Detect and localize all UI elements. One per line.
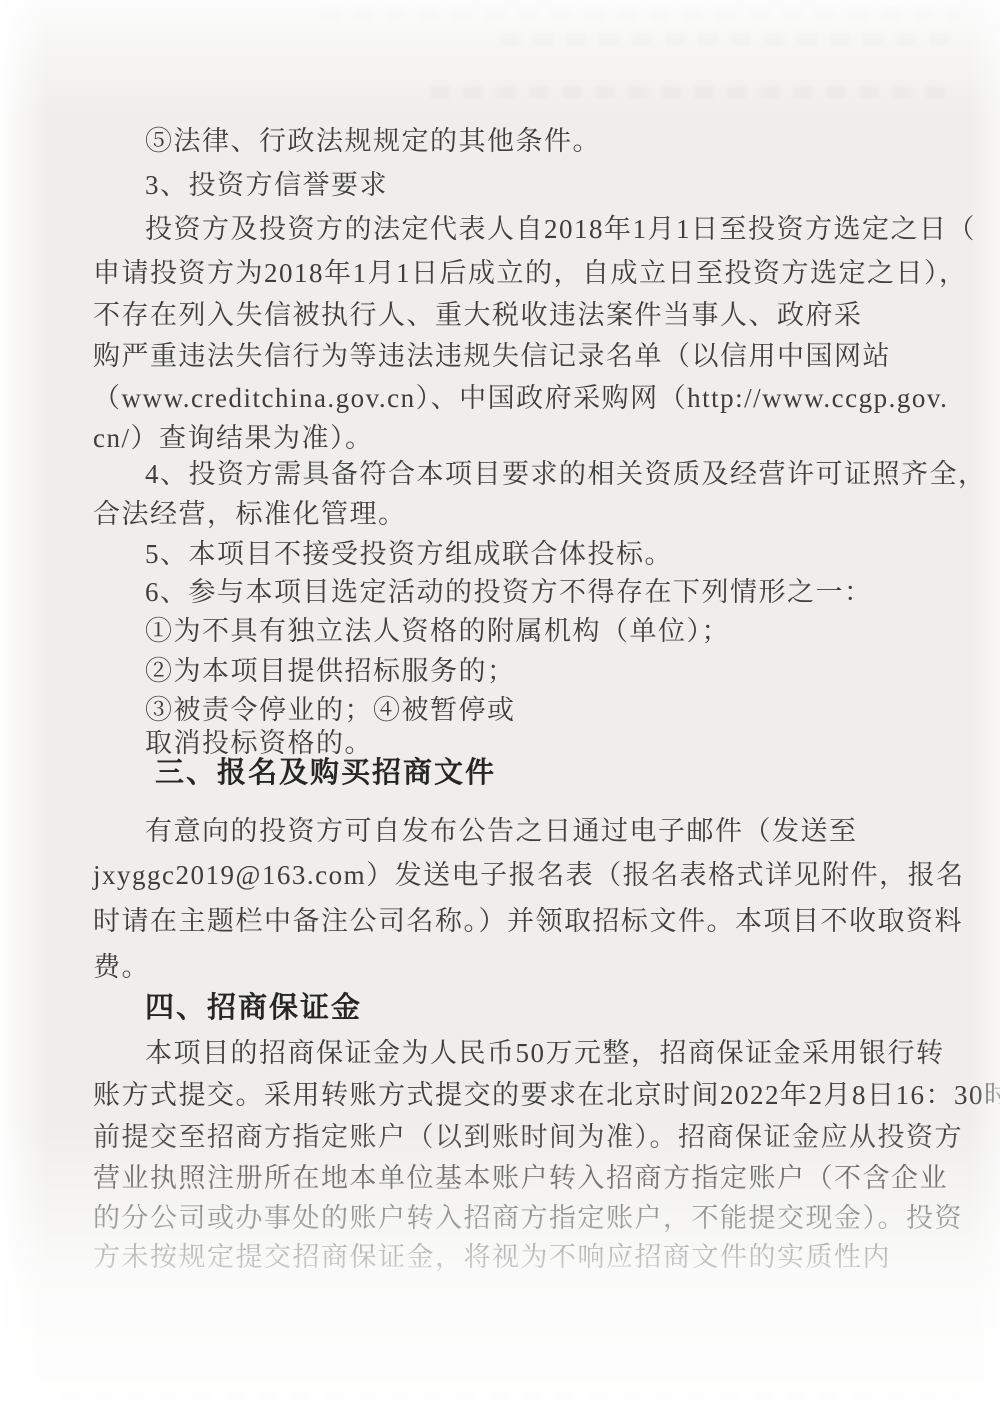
doc-line: ①为不具有独立法人资格的附属机构（单位）； xyxy=(145,614,730,648)
scan-artifact xyxy=(60,1392,960,1404)
section-heading-registration: 三、报名及购买招商文件 xyxy=(155,755,496,791)
scan-artifact xyxy=(430,86,950,98)
doc-line: 合法经营，标准化管理。 xyxy=(93,497,407,531)
doc-line: ⑤法律、行政法规规定的其他条件。 xyxy=(145,124,601,158)
doc-line: cn/）查询结果为准）。 xyxy=(93,421,374,455)
doc-line: 费。 xyxy=(93,950,150,984)
scan-artifact xyxy=(320,6,960,19)
doc-line: 前提交至招商方指定账户（以到账时间为准）。招商保证金应从投资方 xyxy=(93,1120,963,1154)
scan-artifact xyxy=(500,32,960,46)
doc-line: 申请投资方为2018年1月1日后成立的，自成立日至投资方选定之日）， xyxy=(93,256,968,290)
doc-line: 账方式提交。采用转账方式提交的要求在北京时间2022年2月8日16：30时 xyxy=(93,1078,1000,1112)
doc-line: 有意向的投资方可自发布公告之日通过电子邮件（发送至 xyxy=(145,814,858,848)
doc-line: 方未按规定提交招商保证金，将视为不响应招商文件的实质性内 xyxy=(93,1240,891,1274)
doc-line: 3、投资方信誉要求 xyxy=(145,168,388,202)
doc-line: 6、参与本项目选定活动的投资方不得存在下列情形之一： xyxy=(145,575,873,609)
doc-line: jxyggc2019@163.com）发送电子报名表（报名表格式详见附件，报名 xyxy=(93,858,965,892)
doc-line: （www.creditchina.gov.cn）、中国政府采购网（http://… xyxy=(93,381,948,415)
doc-line: 本项目的招商保证金为人民币50万元整，招商保证金采用银行转 xyxy=(145,1036,945,1070)
doc-line: 购严重违法失信行为等违法违规失信记录名单（以信用中国网站 xyxy=(93,339,891,373)
doc-line: 不存在列入失信被执行人、重大税收违法案件当事人、政府采 xyxy=(93,298,863,332)
doc-line: 的分公司或办事处的账户转入招商方指定账户，不能提交现金）。投资 xyxy=(93,1201,963,1235)
doc-line: 投资方及投资方的法定代表人自2018年1月1日至投资方选定之日（ xyxy=(145,212,976,246)
doc-line: 5、本项目不接受投资方组成联合体投标。 xyxy=(145,537,673,571)
document-page: ⑤法律、行政法规规定的其他条件。 3、投资方信誉要求 投资方及投资方的法定代表人… xyxy=(0,0,1000,1413)
doc-line: 时请在主题栏中备注公司名称。）并领取招标文件。本项目不收取资料 xyxy=(93,904,963,938)
doc-line: ②为本项目提供招标服务的； xyxy=(145,654,516,688)
doc-line: 营业执照注册所在地本单位基本账户转入招商方指定账户（不含企业 xyxy=(93,1161,948,1195)
doc-line: 4、投资方需具备符合本项目要求的相关资质及经营许可证照齐全， xyxy=(145,457,987,491)
section-heading-deposit: 四、招商保证金 xyxy=(145,990,362,1026)
doc-line: ③被责令停业的；④被暂停或 xyxy=(145,693,516,727)
